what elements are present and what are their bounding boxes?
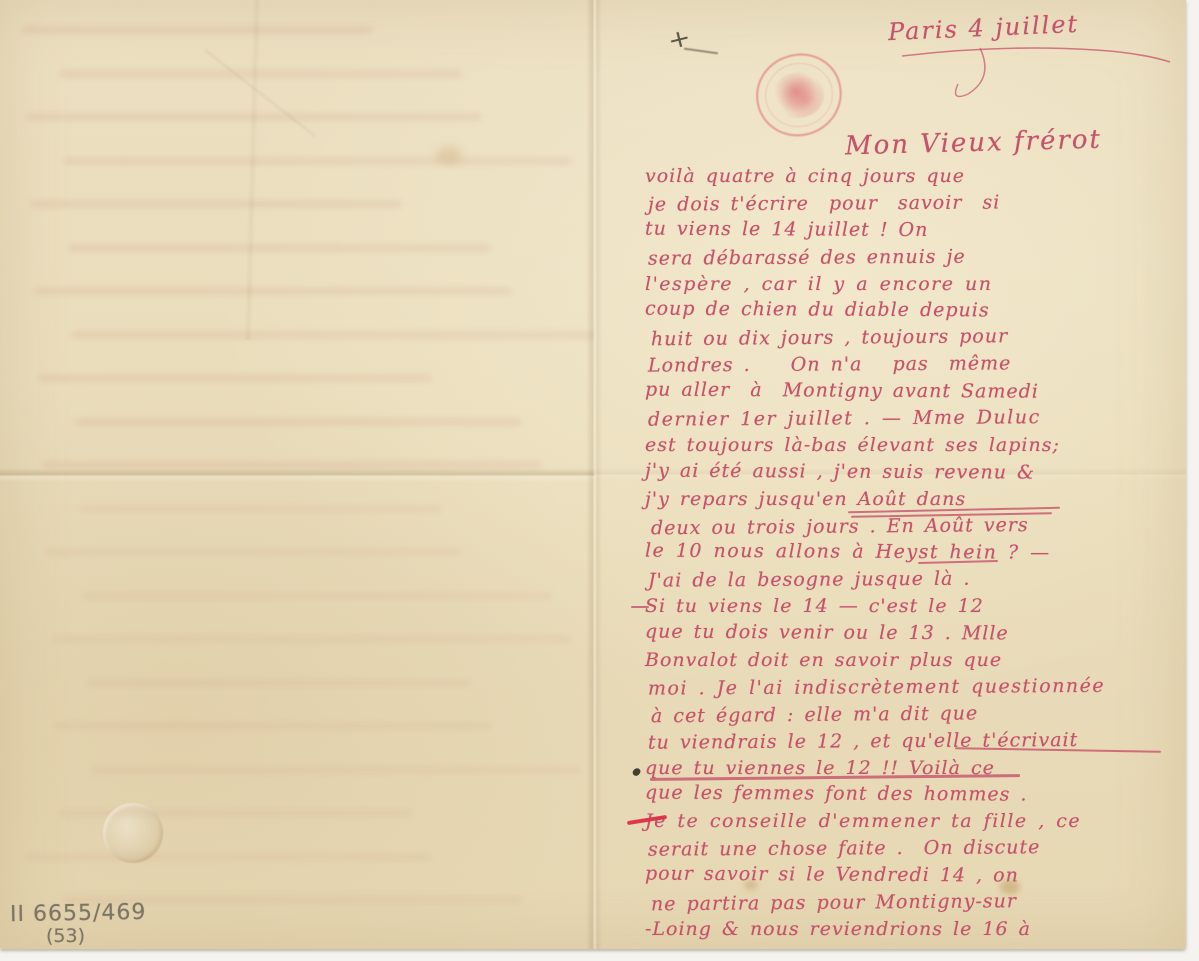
letter-line: pour savoir si le Vendredi 14 , on: [645, 861, 1185, 891]
inventory-sub-number: (53): [46, 925, 85, 947]
date-underline-flourish: [884, 34, 1184, 104]
ink-spot: [631, 767, 641, 777]
inventory-number: II 6655/469: [10, 900, 147, 927]
letter-body: voilà quatre à cinq jours queje dois t'é…: [645, 163, 1185, 943]
margin-dash-si: [631, 606, 649, 608]
bleed-through-line: [75, 418, 522, 426]
bleed-through-line: [22, 26, 372, 34]
bleed-through-line: [79, 505, 442, 513]
bleed-through-line: [87, 679, 472, 687]
bleed-through-line: [25, 853, 432, 861]
pencil-cross-mark-icon: +: [665, 23, 694, 56]
scanned-letter-scene: II 6655/469 (53) + Paris 4 juillet Mon V…: [0, 0, 1199, 961]
letter-line: dernier 1er juillet . — Mme Duluc: [648, 403, 1188, 433]
embossed-stamp-icon: [103, 803, 163, 863]
foxing-spot: [1000, 880, 1020, 894]
letter-line: tu viens le 14 juillet ! On: [645, 215, 1185, 245]
letter-line: moi . Je l'ai indiscrètement questionnée: [648, 672, 1188, 702]
bleed-through-line: [46, 548, 462, 556]
letter-line: coup de chien du diable depuis: [645, 296, 1185, 326]
bleed-through-line: [54, 722, 492, 730]
letter-line: Si tu viens le 14 — c'est le 12: [645, 593, 1185, 620]
letter-line: pu aller à Montigny avant Samedi: [645, 377, 1185, 407]
letter-salutation: Mon Vieux frérot: [845, 125, 1103, 162]
letter-line: j'y ai été aussi , j'en suis revenu &: [645, 457, 1185, 487]
letter-line: que tu dois venir ou le 13 . Mlle: [645, 619, 1185, 649]
letter-line: à cet égard : elle m'a dit que: [651, 698, 1191, 730]
foxing-spot: [436, 146, 462, 164]
letter-line: voilà quatre à cinq jours que: [645, 163, 1185, 190]
letter-line: je dois t'écrire pour savoir si: [648, 188, 1188, 218]
letter-paper: II 6655/469 (53) + Paris 4 juillet Mon V…: [0, 0, 1186, 949]
letter-line: le 10 nous allons à Heyst hein ? —: [645, 538, 1185, 568]
letter-line: j'y repars jusqu'en Août dans: [645, 486, 1185, 513]
bleed-through-line: [63, 157, 572, 165]
red-collection-stamp-icon: [747, 45, 850, 145]
fold-crease-horizontal-left: [0, 468, 595, 482]
bleed-through-line: [83, 592, 552, 600]
letter-line: l'espère , car il y a encore un: [645, 271, 1185, 298]
bleed-through-line: [34, 287, 512, 295]
bleed-through-line: [91, 766, 582, 774]
bleed-through-line: [71, 331, 595, 339]
letter-line: sera débarassé des ennuis je: [648, 242, 1188, 272]
letter-line: Je te conseille d'emmener ta fille , ce: [645, 808, 1185, 835]
letter-line: J'ai de la besogne jusque là .: [648, 565, 1188, 595]
bleed-through-line: [59, 70, 462, 78]
letter-line: ne partira pas pour Montigny-sur: [651, 887, 1191, 919]
letter-line: est toujours là-bas élevant ses lapins;: [645, 432, 1185, 459]
bleed-through-line: [67, 244, 492, 252]
letter-line: Londres . On n'a pas même: [648, 350, 1188, 380]
letter-line: que les femmes font des hommes .: [645, 780, 1185, 810]
bleed-through-line: [50, 635, 572, 643]
bleed-through-line: [38, 374, 432, 382]
foxing-spot: [744, 880, 758, 890]
letter-line: Bonvalot doit en savoir plus que: [645, 647, 1185, 674]
letter-line: huit ou dix jours , toujours pour: [651, 322, 1191, 354]
bleed-through-line: [30, 200, 402, 208]
letter-line: -Loing & nous reviendrions le 16 à: [645, 916, 1185, 943]
letter-line: serait une chose faite . On discute: [648, 834, 1188, 864]
